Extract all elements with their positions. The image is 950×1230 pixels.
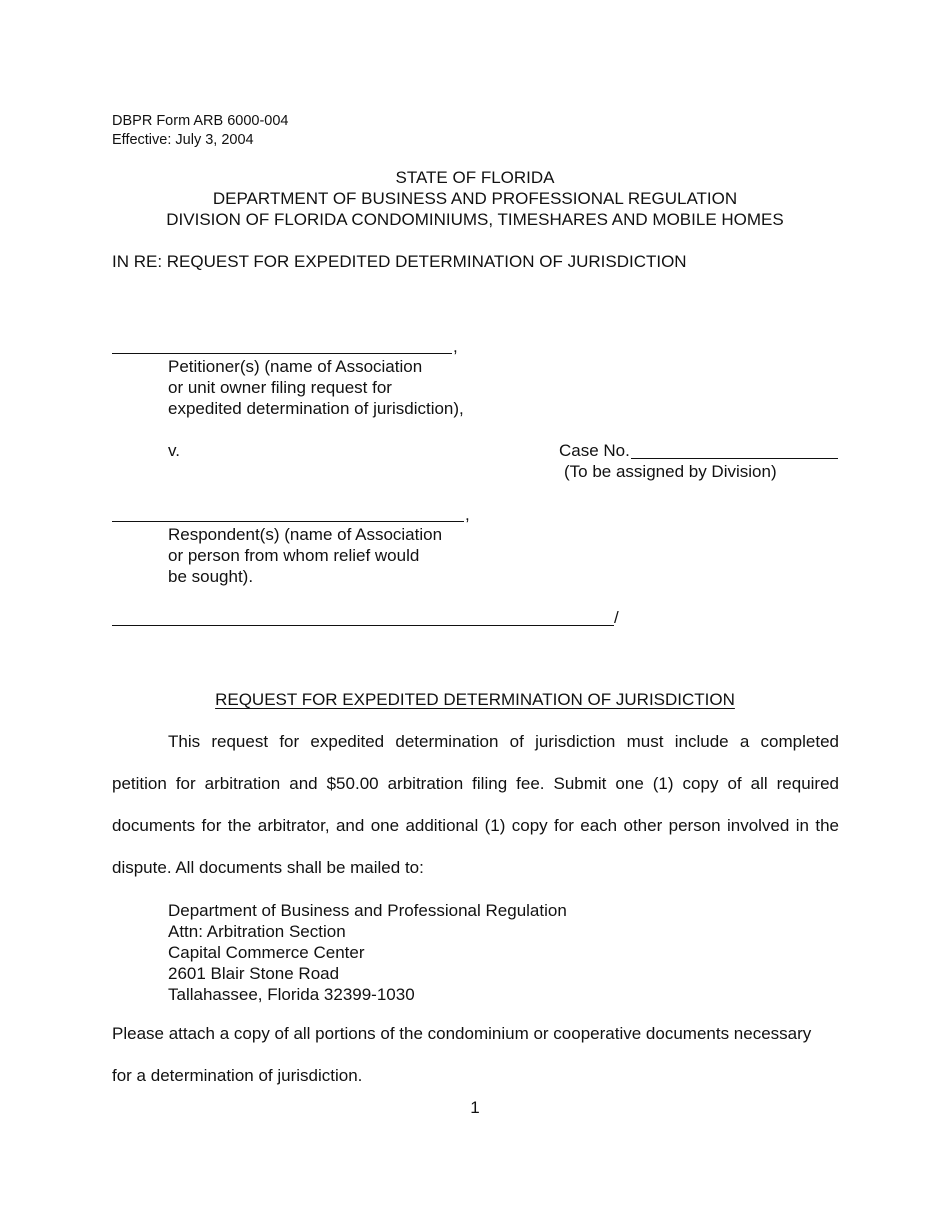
agency-heading: STATE OF FLORIDA DEPARTMENT OF BUSINESS … bbox=[0, 167, 950, 230]
effective-date: Effective: July 3, 2004 bbox=[112, 131, 289, 150]
petitioner-name-field[interactable] bbox=[112, 353, 452, 354]
case-number-note: (To be assigned by Division) bbox=[564, 461, 777, 482]
mailing-address: Department of Business and Professional … bbox=[168, 900, 567, 1005]
department-name: DEPARTMENT OF BUSINESS AND PROFESSIONAL … bbox=[0, 188, 950, 209]
address-line: Department of Business and Professional … bbox=[168, 900, 567, 921]
state-name: STATE OF FLORIDA bbox=[0, 167, 950, 188]
division-name: DIVISION OF FLORIDA CONDOMINIUMS, TIMESH… bbox=[0, 209, 950, 230]
caption-closing-slash: / bbox=[614, 607, 619, 628]
address-line: 2601 Blair Stone Road bbox=[168, 963, 567, 984]
form-number: DBPR Form ARB 6000-004 bbox=[112, 112, 289, 131]
page-number: 1 bbox=[0, 1097, 950, 1118]
case-number-field[interactable] bbox=[631, 458, 838, 459]
address-line: Attn: Arbitration Section bbox=[168, 921, 567, 942]
caption-closing-rule bbox=[112, 625, 614, 626]
attachment-note-line-2: for a determination of jurisdiction. bbox=[112, 1065, 839, 1086]
section-title: REQUEST FOR EXPEDITED DETERMINATION OF J… bbox=[0, 689, 950, 710]
respondent-label: Respondent(s) (name of Association or pe… bbox=[168, 524, 442, 587]
instructions-line-1: This request for expedited determination… bbox=[168, 731, 839, 752]
respondent-name-field[interactable] bbox=[112, 521, 464, 522]
petitioner-label: Petitioner(s) (name of Association or un… bbox=[168, 356, 464, 419]
form-header: DBPR Form ARB 6000-004 Effective: July 3… bbox=[112, 112, 289, 150]
instructions-line-3: documents for the arbitrator, and one ad… bbox=[112, 815, 839, 836]
petitioner-comma: , bbox=[453, 336, 458, 357]
versus-label: v. bbox=[168, 440, 180, 461]
attachment-note-line-1: Please attach a copy of all portions of … bbox=[112, 1023, 839, 1044]
in-re-line: IN RE: REQUEST FOR EXPEDITED DETERMINATI… bbox=[112, 251, 687, 272]
address-line: Tallahassee, Florida 32399-1030 bbox=[168, 984, 567, 1005]
instructions-line-4: dispute. All documents shall be mailed t… bbox=[112, 857, 839, 878]
respondent-comma: , bbox=[465, 504, 470, 525]
case-number-label: Case No. bbox=[559, 440, 630, 461]
address-line: Capital Commerce Center bbox=[168, 942, 567, 963]
instructions-line-2: petition for arbitration and $50.00 arbi… bbox=[112, 773, 839, 794]
